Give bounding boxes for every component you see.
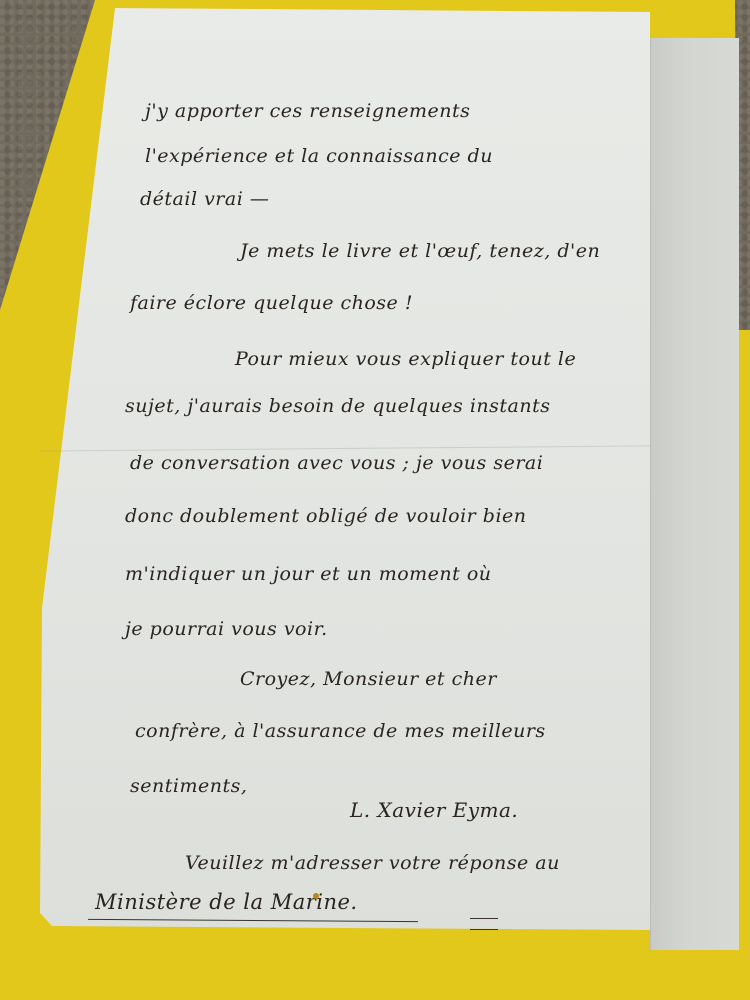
letter-line: Je mets le livre et l'œuf, tenez, d'en bbox=[240, 240, 600, 262]
letter-line: Pour mieux vous expliquer tout le bbox=[235, 348, 576, 370]
letter-line: l'expérience et la connaissance du bbox=[145, 145, 493, 167]
letter-line: détail vrai — bbox=[140, 188, 269, 210]
letter-line: de conversation avec vous ; je vous sera… bbox=[130, 452, 543, 474]
letter-line: sujet, j'aurais besoin de quelques insta… bbox=[125, 395, 551, 417]
letter-folded-back-page bbox=[650, 38, 739, 950]
postscript-line: Veuillez m'adresser votre réponse au bbox=[185, 852, 560, 874]
letter-line: m'indiquer un jour et un moment où bbox=[125, 563, 492, 585]
letter-line: faire éclore quelque chose ! bbox=[130, 292, 413, 314]
letter-line: je pourrai vous voir. bbox=[125, 618, 328, 640]
ink-stain bbox=[313, 893, 319, 899]
letter-line: sentiments, bbox=[130, 775, 247, 797]
letter-line: Croyez, Monsieur et cher bbox=[240, 668, 497, 690]
letter-line: donc doublement obligé de vouloir bien bbox=[125, 505, 527, 527]
page-number-mark bbox=[470, 918, 498, 930]
letter-line: j'y apporter ces renseignements bbox=[145, 100, 470, 122]
letter-line: confrère, à l'assurance de mes meilleurs bbox=[135, 720, 546, 742]
signature: L. Xavier Eyma. bbox=[350, 798, 518, 822]
